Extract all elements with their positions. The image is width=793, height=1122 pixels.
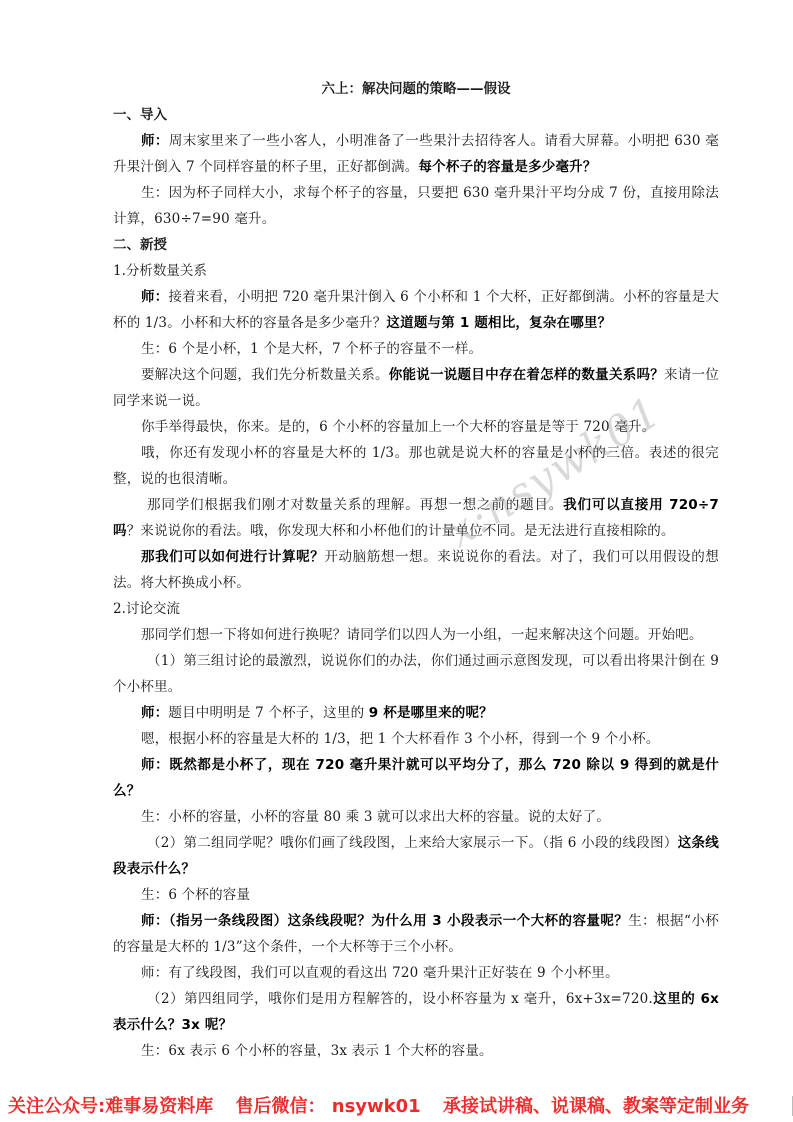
paragraph: 师：（指另一条线段图）这条线段呢？为什么用 3 小段表示一个大杯的容量呢？生：根… (113, 908, 719, 960)
bold-question: 这道题与第 1 题相比，复杂在哪里？ (386, 315, 611, 331)
footer-banner: 关注公众号:难事易资料库 售后微信： nsywk01 承接试讲稿、说课稿、教案等… (0, 1092, 793, 1122)
text-run: 生：因为杯子同样大小，求每个杯子的容量，只要把 630 毫升果汁平均分成 7 份… (113, 185, 719, 227)
text-run: 题目中明明是 7 个杯子，这里的 (168, 705, 368, 721)
text-run: 生：6 个杯的容量 (141, 887, 250, 903)
paragraph: 生：6 个杯的容量 (113, 882, 719, 908)
bold-question: 师：（指另一条线段图）这条线段呢？为什么用 3 小段表示一个大杯的容量呢？ (141, 913, 628, 929)
bold-question: 那我们可以如何进行计算呢？ (141, 549, 324, 565)
text-run: 周末家里来了一些小客人，小明准备了一些果汁去招待客人。请看大屏幕。小明把 630… (113, 133, 719, 175)
bold-question: 每个杯子的容量是多少毫升？ (418, 159, 596, 175)
text-run: 那同学们根据我们刚才对数量关系的理解。再想一想之前的题目。 (147, 497, 563, 513)
paragraph: （2）第四组同学，哦你们是用方程解答的，设小杯容量为 x 毫升，6x+3x=72… (113, 986, 719, 1038)
paragraph: 师：有了线段图，我们可以直观的看这出 720 毫升果汁正好装在 9 个小杯里。 (113, 960, 719, 986)
paragraph: 师：接着来看，小明把 720 毫升果汁倒入 6 个小杯和 1 个大杯，正好都倒满… (113, 284, 719, 336)
text-run: 生：6 个是小杯，1 个是大杯，7 个杯子的容量不一样。 (141, 341, 482, 357)
text-run: 那同学们想一下将如何进行换呢？请同学们以四人为一小组，一起来解决这个问题。开始吧… (141, 627, 703, 643)
text-run: 师：有了线段图，我们可以直观的看这出 720 毫升果汁正好装在 9 个小杯里。 (141, 965, 619, 981)
paragraph: 那同学们想一下将如何进行换呢？请同学们以四人为一小组，一起来解决这个问题。开始吧… (113, 622, 719, 648)
text-run: 你手举得最快，你来。是的，6 个小杯的容量加上一个大杯的容量是等于 720 毫升… (141, 419, 655, 435)
document-page: 六上：解决问题的策略——假设 一、导入 师：周末家里来了一些小客人，小明准备了一… (113, 76, 719, 1064)
paragraph: （1）第三组讨论的最激烈，说说你们的办法，你们通过画示意图发现，可以看出将果汁倒… (113, 648, 719, 700)
speaker-label: 师： (141, 705, 168, 721)
text-run: 嗯，根据小杯的容量是大杯的 1/3，把 1 个大杯看作 3 个小杯，得到一个 9… (141, 731, 660, 747)
text-run: （2）第二组同学呢？哦你们画了线段图，上来给大家展示一下。（指 6 小段的线段图… (147, 835, 678, 851)
footer-wechat-account: 关注公众号:难事易资料库 (8, 1096, 213, 1117)
section-heading-new-lesson: 二、新授 (113, 232, 719, 258)
paragraph: 师：题目中明明是 7 个杯子，这里的 9 杯是哪里来的呢？ (113, 700, 719, 726)
bold-question: 你能说一说题目中存在着怎样的数量关系吗？ (389, 367, 664, 383)
paragraph: 师：既然都是小杯了，现在 720 毫升果汁就可以平均分了，那么 720 除以 9… (113, 752, 719, 804)
paragraph: 生：6 个是小杯，1 个是大杯，7 个杯子的容量不一样。 (113, 336, 719, 362)
paragraph: 要解决这个问题，我们先分析数量关系。你能说一说题目中存在着怎样的数量关系吗？来请… (113, 362, 719, 414)
paragraph: （2）第二组同学呢？哦你们画了线段图，上来给大家展示一下。（指 6 小段的线段图… (113, 830, 719, 882)
paragraph: 生：小杯的容量，小杯的容量 80 乘 3 就可以求出大杯的容量。说的太好了。 (113, 804, 719, 830)
paragraph: 嗯，根据小杯的容量是大杯的 1/3，把 1 个大杯看作 3 个小杯，得到一个 9… (113, 726, 719, 752)
text-run: 生：6x 表示 6 个小杯的容量，3x 表示 1 个大杯的容量。 (141, 1043, 493, 1059)
text-run: （2）第四组同学，哦你们是用方程解答的，设小杯容量为 x 毫升，6x+3x=72… (147, 991, 653, 1007)
speaker-label: 师： (141, 289, 168, 305)
text-run: ？来说说你的看法。哦，你发现大杯和小杯他们的计量单位不同。是无法进行直接相除的。 (127, 523, 675, 539)
text-run: （1）第三组讨论的最激烈，说说你们的办法，你们通过画示意图发现，可以看出将果汁倒… (113, 653, 719, 695)
subsection-heading-discussion: 2.讨论交流 (113, 596, 719, 622)
paragraph: 那我们可以如何进行计算呢？开动脑筋想一想。来说说你的看法。对了，我们可以用假设的… (113, 544, 719, 596)
text-run: 要解决这个问题，我们先分析数量关系。 (141, 367, 389, 383)
paragraph: 那同学们根据我们刚才对数量关系的理解。再想一想之前的题目。我们可以直接用 720… (113, 492, 719, 544)
text-run: 哦，你还有发现小杯的容量是大杯的 1/3。那也就是说大杯的容量是小杯的三倍。表述… (113, 445, 719, 487)
speaker-label: 师： (141, 133, 169, 149)
document-title: 六上：解决问题的策略——假设 (113, 76, 719, 102)
footer-service-note: 承接试讲稿、说课稿、教案等定制业务 (443, 1096, 749, 1117)
bold-question: 师：既然都是小杯了，现在 720 毫升果汁就可以平均分了，那么 720 除以 9… (113, 757, 719, 799)
paragraph: 哦，你还有发现小杯的容量是大杯的 1/3。那也就是说大杯的容量是小杯的三倍。表述… (113, 440, 719, 492)
bold-question: 9 杯是哪里来的呢？ (369, 705, 493, 721)
paragraph: 生：6x 表示 6 个小杯的容量，3x 表示 1 个大杯的容量。 (113, 1038, 719, 1064)
text-run: 生：小杯的容量，小杯的容量 80 乘 3 就可以求出大杯的容量。说的太好了。 (141, 809, 610, 825)
paragraph: 你手举得最快，你来。是的，6 个小杯的容量加上一个大杯的容量是等于 720 毫升… (113, 414, 719, 440)
paragraph: 师：周末家里来了一些小客人，小明准备了一些果汁去招待客人。请看大屏幕。小明把 6… (113, 128, 719, 180)
section-heading-intro: 一、导入 (113, 102, 719, 128)
footer-support-wechat: 售后微信： nsywk01 (235, 1096, 420, 1117)
paragraph: 生：因为杯子同样大小，求每个杯子的容量，只要把 630 毫升果汁平均分成 7 份… (113, 180, 719, 232)
subsection-heading-analysis: 1.分析数量关系 (113, 258, 719, 284)
